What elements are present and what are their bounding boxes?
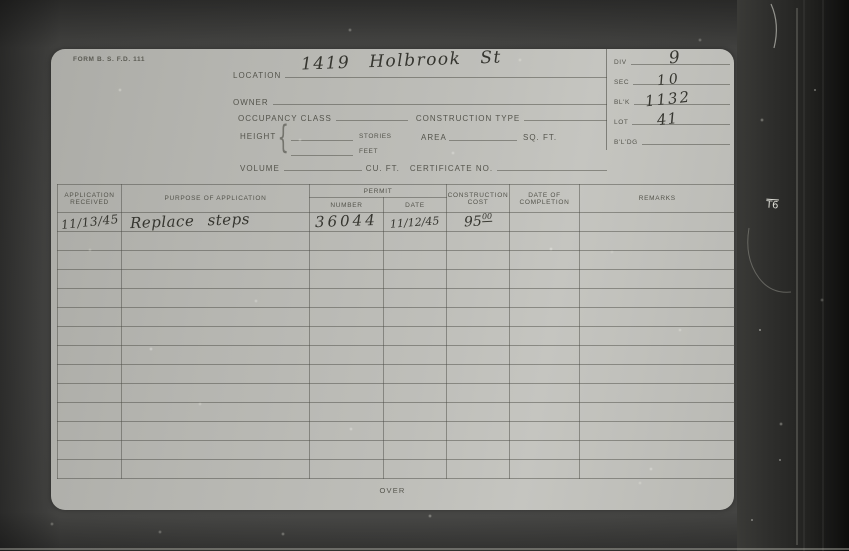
parcel-line <box>633 84 730 85</box>
area-label: AREA <box>421 134 447 142</box>
cell-completion <box>510 289 580 308</box>
cell-remarks <box>580 422 735 441</box>
cell-cost <box>447 384 510 403</box>
feet-line <box>291 155 353 156</box>
cell-received <box>58 270 122 289</box>
cell-permit-number <box>310 289 384 308</box>
cell-remarks <box>580 460 735 479</box>
table-row <box>58 289 735 308</box>
cell-cost <box>447 365 510 384</box>
permit-table-header: APPLICATION RECEIVED PURPOSE OF APPLICAT… <box>58 185 735 213</box>
cell-purpose <box>122 422 310 441</box>
cell-completion <box>510 232 580 251</box>
cell-received <box>58 403 122 422</box>
volume-line <box>284 170 362 171</box>
parcel-row: DIV 9 <box>607 49 735 69</box>
occupancy-construction-field: OCCUPANCY CLASS CONSTRUCTION TYPE <box>238 107 607 123</box>
parcel-row: BL'K 1132 <box>607 89 735 109</box>
owner-line <box>273 104 607 105</box>
cell-received <box>58 251 122 270</box>
cell-received: 11/13/45 <box>58 213 122 232</box>
cell-permit-number <box>310 232 384 251</box>
cell-remarks <box>580 289 735 308</box>
stories-label: STORIES <box>359 134 392 141</box>
cell-purpose <box>122 270 310 289</box>
cell-completion <box>510 441 580 460</box>
cell-cost: 9500 <box>447 213 510 232</box>
stories-line <box>291 140 353 141</box>
cell-completion <box>510 251 580 270</box>
cell-received <box>58 232 122 251</box>
cell-remarks <box>580 365 735 384</box>
microfilm-scan: FORM B. S. F.D. 111 LOCATION 1419 Holbro… <box>0 0 849 551</box>
cell-permit-number <box>310 403 384 422</box>
cell-permit-date <box>384 327 447 346</box>
cell-received <box>58 327 122 346</box>
table-row <box>58 460 735 479</box>
certificate-no-label: CERTIFICATE NO. <box>410 165 493 173</box>
table-row: 11/13/45 Replace steps 36044 11/12/45 95… <box>58 213 735 232</box>
cell-cost <box>447 251 510 270</box>
parcel-label: DIV <box>614 60 627 67</box>
certificate-no-line <box>497 170 607 171</box>
cell-cost <box>447 403 510 422</box>
parcel-label: BL'K <box>614 100 630 107</box>
cell-permit-number <box>310 460 384 479</box>
over-label: OVER <box>51 486 734 495</box>
table-row <box>58 441 735 460</box>
parcel-label: LOT <box>614 120 628 127</box>
header-permit-date: DATE <box>384 198 447 213</box>
permit-table-body: 11/13/45 Replace steps 36044 11/12/45 95… <box>58 213 735 479</box>
cell-remarks <box>580 441 735 460</box>
cell-permit-number <box>310 251 384 270</box>
cell-completion <box>510 365 580 384</box>
cell-permit-date <box>384 460 447 479</box>
cell-remarks <box>580 384 735 403</box>
cell-remarks <box>580 213 735 232</box>
cell-remarks <box>580 251 735 270</box>
permit-table: APPLICATION RECEIVED PURPOSE OF APPLICAT… <box>57 184 735 479</box>
cell-purpose <box>122 365 310 384</box>
construction-type-line <box>524 120 607 121</box>
cell-cost <box>447 232 510 251</box>
parcel-label: B'L'DG <box>614 140 638 147</box>
height-label: HEIGHT <box>240 133 276 141</box>
parcel-row: B'L'DG <box>607 129 735 149</box>
cell-cost <box>447 327 510 346</box>
sq-ft-label: SQ. FT. <box>523 134 557 142</box>
film-shade-bottom <box>0 512 849 551</box>
cell-permit-date <box>384 289 447 308</box>
cell-permit-number <box>310 308 384 327</box>
cell-purpose <box>122 384 310 403</box>
cell-permit-number <box>310 327 384 346</box>
cell-purpose: Replace steps <box>122 213 310 232</box>
cell-purpose <box>122 251 310 270</box>
cell-cost <box>447 460 510 479</box>
cell-received <box>58 384 122 403</box>
parcel-box: DIV 9 SEC 10 BL'K 1132 LOT 41 B'L'DG <box>606 49 735 150</box>
table-row <box>58 327 735 346</box>
cell-permit-date <box>384 441 447 460</box>
film-frame-line <box>0 548 849 550</box>
cell-permit-date <box>384 232 447 251</box>
cell-purpose <box>122 327 310 346</box>
volume-certificate-field: VOLUME CU. FT. CERTIFICATE NO. <box>240 157 607 173</box>
cell-completion <box>510 384 580 403</box>
cell-permit-date <box>384 308 447 327</box>
table-row <box>58 365 735 384</box>
table-row <box>58 384 735 403</box>
cell-permit-number <box>310 384 384 403</box>
cell-permit-number <box>310 422 384 441</box>
parcel-value: 10 <box>656 72 681 88</box>
cell-remarks <box>580 327 735 346</box>
area-line <box>449 140 517 141</box>
parcel-label: SEC <box>614 80 629 87</box>
cell-cost <box>447 422 510 441</box>
cell-permit-number <box>310 365 384 384</box>
cell-permit-date <box>384 365 447 384</box>
film-shade-top <box>0 0 849 48</box>
brace-icon: { <box>278 121 289 153</box>
volume-label: VOLUME <box>240 165 280 173</box>
table-row <box>58 232 735 251</box>
parcel-value: 1132 <box>644 90 692 110</box>
cell-received <box>58 441 122 460</box>
parcel-row: SEC 10 <box>607 69 735 89</box>
location-label: LOCATION <box>233 72 281 80</box>
cell-cost <box>447 441 510 460</box>
cell-permit-date <box>384 251 447 270</box>
cell-received <box>58 422 122 441</box>
cell-purpose <box>122 460 310 479</box>
construction-type-label: CONSTRUCTION TYPE <box>416 115 520 123</box>
header-application-received: APPLICATION RECEIVED <box>58 185 122 213</box>
cu-ft-label: CU. FT. <box>366 165 400 173</box>
cell-remarks <box>580 270 735 289</box>
cell-purpose <box>122 346 310 365</box>
cell-permit-number <box>310 346 384 365</box>
cell-received <box>58 460 122 479</box>
table-row <box>58 308 735 327</box>
cell-permit-number <box>310 441 384 460</box>
cell-completion <box>510 270 580 289</box>
occupancy-class-line <box>336 120 408 121</box>
parcel-value: 41 <box>656 111 679 128</box>
cell-completion <box>510 422 580 441</box>
parcel-value: 9 <box>668 49 681 67</box>
permit-record-card: FORM B. S. F.D. 111 LOCATION 1419 Holbro… <box>51 49 734 510</box>
cell-permit-date <box>384 346 447 365</box>
cell-completion <box>510 308 580 327</box>
cell-remarks <box>580 346 735 365</box>
header-construction-cost: CONSTRUCTION COST <box>447 185 510 213</box>
cell-completion <box>510 460 580 479</box>
cell-completion <box>510 403 580 422</box>
owner-field: OWNER <box>233 91 607 107</box>
cell-permit-date: 11/12/45 <box>384 213 447 232</box>
cell-remarks <box>580 403 735 422</box>
cell-remarks <box>580 232 735 251</box>
cell-purpose <box>122 232 310 251</box>
header-remarks: REMARKS <box>580 185 735 213</box>
header-purpose: PURPOSE OF APPLICATION <box>122 185 310 213</box>
table-row <box>58 346 735 365</box>
cell-purpose <box>122 289 310 308</box>
cell-cost <box>447 270 510 289</box>
cell-received <box>58 365 122 384</box>
cell-completion <box>510 327 580 346</box>
cell-cost <box>447 346 510 365</box>
cell-remarks <box>580 308 735 327</box>
parcel-row: LOT 41 <box>607 109 735 129</box>
location-line <box>285 77 607 78</box>
cell-received <box>58 346 122 365</box>
cell-completion <box>510 346 580 365</box>
cell-permit-date <box>384 403 447 422</box>
parcel-line <box>642 144 730 145</box>
table-row <box>58 422 735 441</box>
table-row <box>58 403 735 422</box>
form-number: FORM B. S. F.D. 111 <box>73 56 145 63</box>
cell-permit-date <box>384 422 447 441</box>
cell-received <box>58 308 122 327</box>
owner-label: OWNER <box>233 99 269 107</box>
cell-permit-date <box>384 270 447 289</box>
table-row <box>58 251 735 270</box>
table-row <box>58 270 735 289</box>
cell-permit-date <box>384 384 447 403</box>
cell-purpose <box>122 403 310 422</box>
parcel-line <box>632 124 730 125</box>
cell-received <box>58 289 122 308</box>
film-artifact-mark: T6 <box>766 200 779 212</box>
cell-cost <box>447 308 510 327</box>
cell-permit-number: 36044 <box>310 213 384 232</box>
cell-permit-number <box>310 270 384 289</box>
cell-purpose <box>122 441 310 460</box>
film-edge-strip <box>737 0 849 551</box>
header-permit-group: PERMIT <box>310 185 447 198</box>
cell-completion <box>510 213 580 232</box>
feet-label: FEET <box>359 149 378 156</box>
cell-cost <box>447 289 510 308</box>
cell-purpose <box>122 308 310 327</box>
header-date-of-completion: DATE OF COMPLETION <box>510 185 580 213</box>
